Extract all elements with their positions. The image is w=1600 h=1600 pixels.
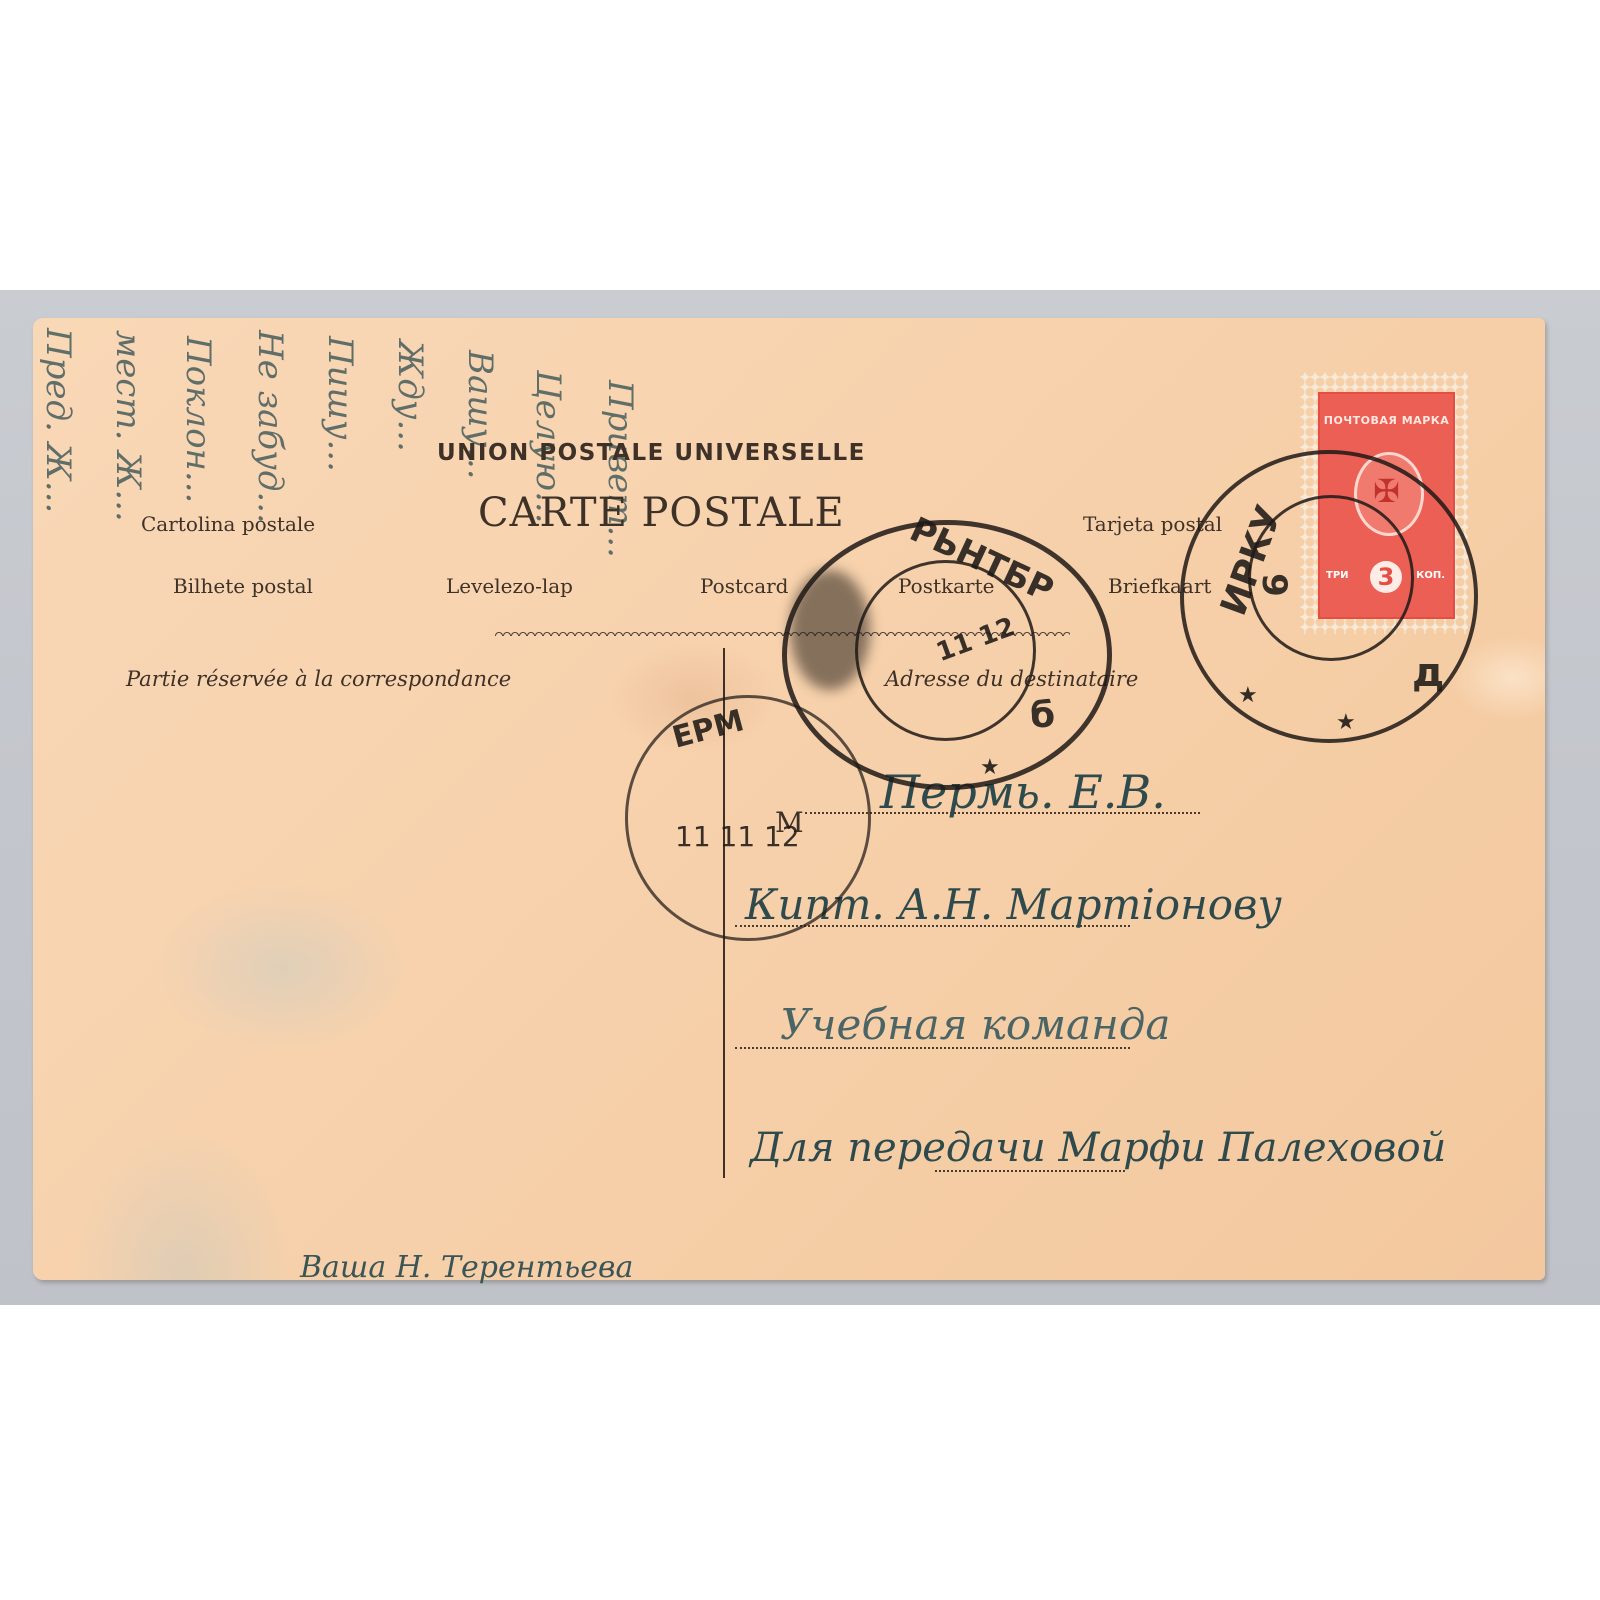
address-unit: Учебная команда — [780, 1000, 1170, 1049]
right-postmark-date: 9 — [1254, 573, 1294, 597]
union-postale-header: UNION POSTALE UNIVERSELLE — [437, 440, 866, 466]
carte-postale-title: CARTE POSTALE — [478, 490, 845, 536]
stamp-title: ПОЧТОВАЯ МАРКА — [1320, 414, 1453, 427]
star-icon: ★ — [1336, 710, 1356, 735]
left-postmark — [625, 695, 871, 941]
message-column: Пред. Ж... — [38, 328, 78, 513]
message-column: Жду... — [390, 340, 430, 452]
left-postmark-date: 11 11 12 — [675, 820, 800, 853]
signature: Ваша Н. Терентьева — [300, 1250, 633, 1285]
correspondence-label: Partie réservée à la correspondance — [126, 667, 511, 691]
star-icon: ★ — [1238, 683, 1258, 708]
lang-italian: Cartolina postale — [141, 512, 315, 536]
right-postmark-suffix: д — [1412, 650, 1444, 696]
address-forward: Для передачи Марфи Палеховой — [750, 1125, 1446, 1171]
message-column: Пишу... — [320, 336, 360, 472]
message-column: Поклон... — [178, 336, 218, 503]
message-column: Не забуд... — [250, 330, 290, 524]
lang-english: Postcard — [700, 574, 788, 598]
center-postmark-suffix: б — [1030, 695, 1055, 736]
message-column: мест. Ж... — [108, 330, 148, 522]
lang-hungarian: Levelezo-lap — [446, 574, 573, 598]
lang-portuguese: Bilhete postal — [173, 574, 313, 598]
star-icon: ★ — [980, 755, 1000, 780]
